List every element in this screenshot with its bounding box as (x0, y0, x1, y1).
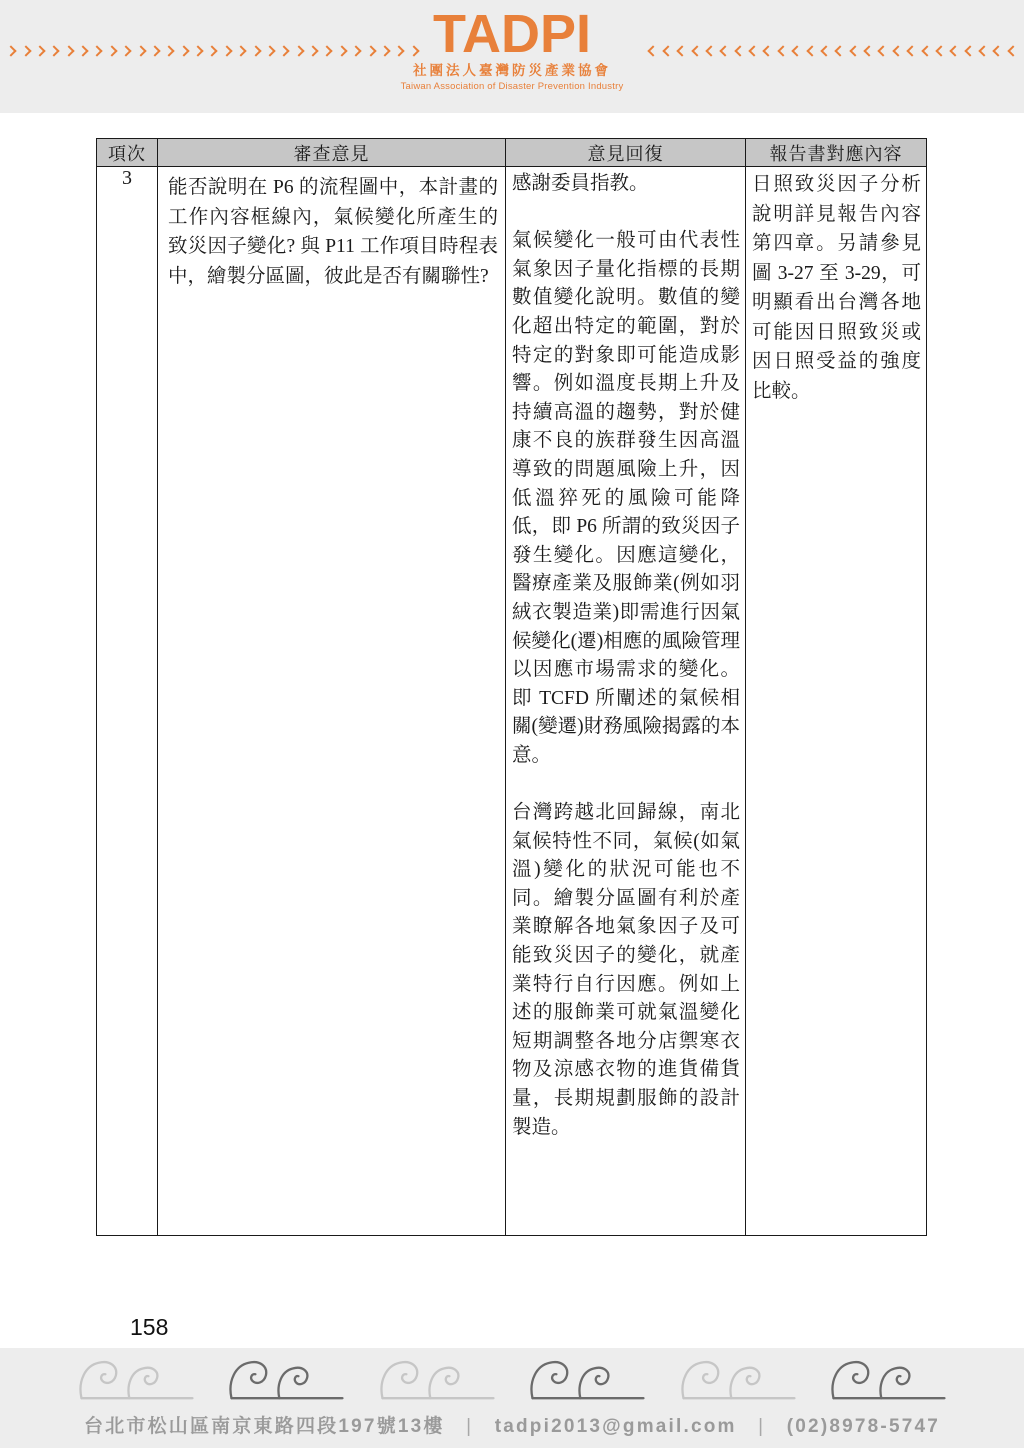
logo-subtitle-zh: 社團法人臺灣防災產業協會 (401, 62, 624, 80)
chevron-right-icon (264, 45, 275, 56)
footer-phone: (02)8978-5747 (787, 1416, 940, 1437)
chevron-right-icon (164, 45, 175, 56)
chevron-right-icon (221, 45, 232, 56)
logo-title: TADPI (401, 6, 624, 62)
chevron-left-icon (921, 45, 932, 56)
chevron-right-icon (92, 45, 103, 56)
chevron-left-icon (806, 45, 817, 56)
chevron-left-icon (734, 45, 745, 56)
chevron-right-icon (6, 45, 17, 56)
column-header-review-comment: 審查意見 (158, 139, 506, 167)
chevron-right-icon (20, 45, 31, 56)
wave-icon (523, 1358, 651, 1402)
wave-icon (824, 1358, 952, 1402)
table-row: 3 能否說明在 P6 的流程圖中，本計畫的工作內容框線內，氣候變化所產生的致災因… (97, 167, 927, 1236)
reply-paragraph: 感謝委員指教。 (512, 170, 740, 199)
wave-icon (72, 1358, 200, 1402)
chevron-left-icon (677, 45, 688, 56)
chevron-left-icon (748, 45, 759, 56)
chevron-right-icon (307, 45, 318, 56)
chevron-left-icon (1007, 45, 1018, 56)
footer-email: tadpi2013@gmail.com (495, 1416, 737, 1437)
chevron-right-icon (106, 45, 117, 56)
chevron-right-icon (49, 45, 60, 56)
chevron-right-icon (236, 45, 247, 56)
footer-contact-line: 台北市松山區南京東路四段197號13樓 | tadpi2013@gmail.co… (0, 1411, 1024, 1438)
chevron-left-icon (964, 45, 975, 56)
column-header-reply: 意見回復 (506, 139, 746, 167)
chevron-left-icon (835, 45, 846, 56)
chevron-right-icon (149, 45, 160, 56)
item-number-cell: 3 (97, 167, 158, 1236)
chevron-left-icon (935, 45, 946, 56)
logo-subtitle-en: Taiwan Association of Disaster Preventio… (401, 80, 624, 93)
chevron-left-icon (763, 45, 774, 56)
wave-icons-row (72, 1358, 952, 1402)
chevron-left-icon (820, 45, 831, 56)
wave-icon (222, 1358, 350, 1402)
footer-address: 台北市松山區南京東路四段197號13樓 (84, 1416, 445, 1437)
chevron-right-icon (322, 45, 333, 56)
chevron-right-icon (77, 45, 88, 56)
header-banner: TADPI 社團法人臺灣防災產業協會 Taiwan Association of… (0, 0, 1024, 113)
chevron-left-icon (849, 45, 860, 56)
chevron-right-icon (63, 45, 74, 56)
table-header-row: 項次 審查意見 意見回復 報告書對應內容 (97, 139, 927, 167)
chevron-left-icon (705, 45, 716, 56)
chevron-right-icon (293, 45, 304, 56)
page-number: 158 (130, 1314, 168, 1341)
chevron-left-icon (792, 45, 803, 56)
chevron-left-icon (863, 45, 874, 56)
reply-text: 感謝委員指教。氣候變化一般可由代表性氣象因子量化指標的長期數值變化說明。數值的變… (512, 170, 740, 1142)
chevron-right-icon (379, 45, 390, 56)
chevron-left-icon (892, 45, 903, 56)
chevron-right-icon (207, 45, 218, 56)
review-comments-table: 項次 審查意見 意見回復 報告書對應內容 3 能否說明在 P6 的流程圖中，本計… (96, 138, 927, 1236)
chevron-right-icon (121, 45, 132, 56)
column-header-report-content: 報告書對應內容 (746, 139, 927, 167)
chevron-left-icon (907, 45, 918, 56)
footer-separator: | (466, 1416, 473, 1437)
tadpi-logo: TADPI 社團法人臺灣防災產業協會 Taiwan Association of… (401, 6, 624, 93)
chevron-left-icon (691, 45, 702, 56)
wave-icon (373, 1358, 501, 1402)
chevron-left-icon (993, 45, 1004, 56)
chevron-right-icon (34, 45, 45, 56)
reply-paragraph: 台灣跨越北回歸線，南北氣候特性不同，氣候(如氣溫)變化的狀況可能也不同。繪製分區… (512, 799, 740, 1142)
wave-icon (674, 1358, 802, 1402)
footer-separator: | (758, 1416, 765, 1437)
chevron-left-icon (950, 45, 961, 56)
reply-cell: 感謝委員指教。氣候變化一般可由代表性氣象因子量化指標的長期數值變化說明。數值的變… (506, 167, 746, 1236)
chevron-right-icon (279, 45, 290, 56)
column-header-item: 項次 (97, 139, 158, 167)
chevron-left-icon (720, 45, 731, 56)
reply-paragraph: 氣候變化一般可由代表性氣象因子量化指標的長期數值變化說明。數值的變化超出特定的範… (512, 227, 740, 770)
chevron-left-icon (978, 45, 989, 56)
chevron-left-icon (878, 45, 889, 56)
chevron-left-icon (648, 45, 659, 56)
chevron-right-icon (178, 45, 189, 56)
review-comment-text: 能否說明在 P6 的流程圖中，本計畫的工作內容框線內，氣候變化所產生的致災因子變… (168, 173, 498, 291)
document-page: TADPI 社團法人臺灣防災產業協會 Taiwan Association of… (0, 0, 1024, 1448)
report-reference-text: 日照致災因子分析說明詳見報告內容第四章。另請參見圖 3-27 至 3-29，可明… (752, 170, 921, 406)
chevron-right-icon (336, 45, 347, 56)
chevron-left-icon (662, 45, 673, 56)
review-comment-cell: 能否說明在 P6 的流程圖中，本計畫的工作內容框線內，氣候變化所產生的致災因子變… (158, 167, 506, 1236)
chevron-left-icon (777, 45, 788, 56)
report-reference-cell: 日照致災因子分析說明詳見報告內容第四章。另請參見圖 3-27 至 3-29，可明… (746, 167, 927, 1236)
chevron-right-icon (250, 45, 261, 56)
chevron-right-icon (135, 45, 146, 56)
chevron-right-icon (365, 45, 376, 56)
chevron-left-pattern-icon (646, 47, 1020, 55)
footer-banner: 台北市松山區南京東路四段197號13樓 | tadpi2013@gmail.co… (0, 1348, 1024, 1448)
chevron-right-icon (192, 45, 203, 56)
chevron-right-icon (351, 45, 362, 56)
chevron-right-pattern-icon (4, 47, 421, 55)
